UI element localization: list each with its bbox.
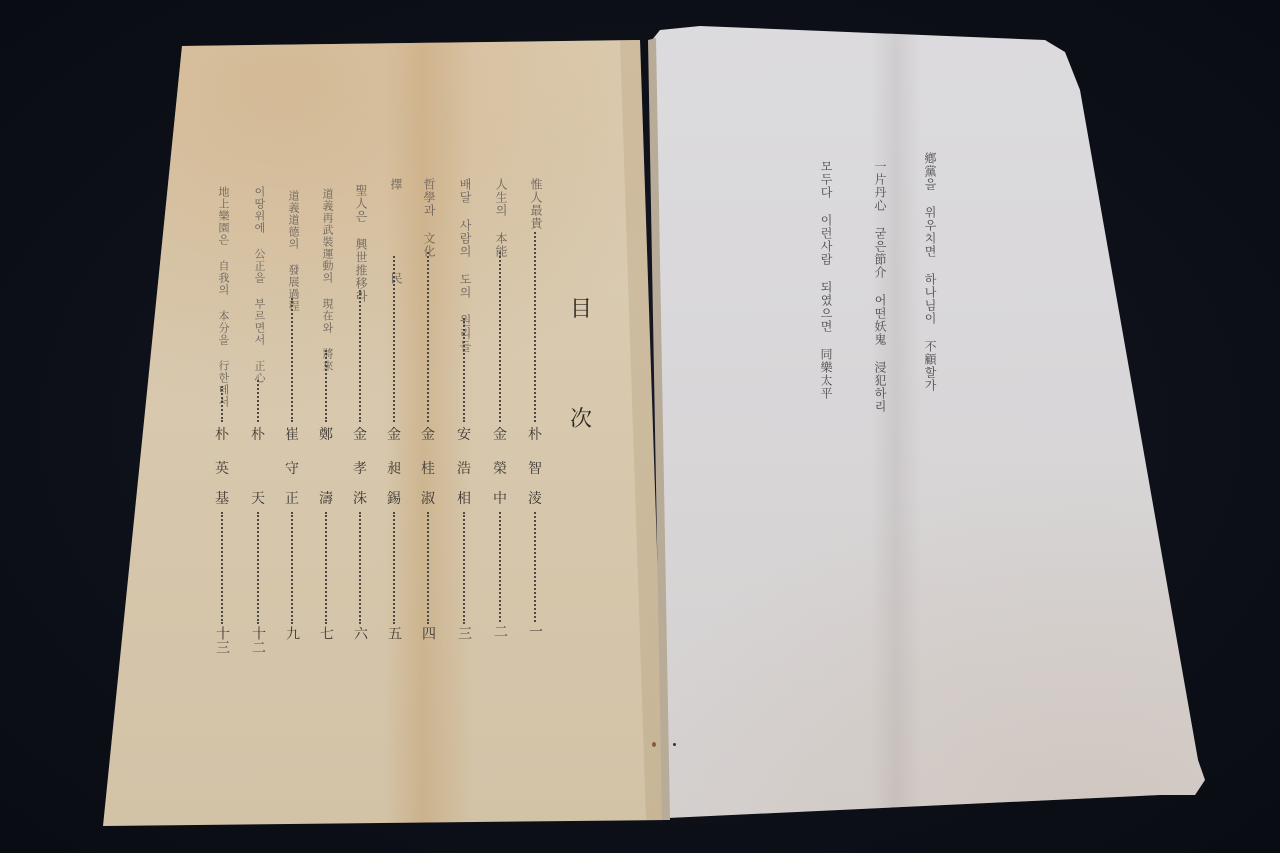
toc-entry-page: 九 — [282, 626, 302, 640]
leader-dots — [534, 232, 536, 422]
toc-entry-author-2: 桂 — [418, 458, 438, 478]
toc-entry-author-3: 中 — [490, 488, 510, 508]
leader-dots — [257, 380, 259, 422]
leader-dots — [359, 290, 361, 422]
toc-entry-title: 배달 사람의 도의 원리들 — [457, 178, 474, 353]
toc-entry-page: 十二 — [248, 626, 268, 654]
poem-line-3: 모두다 이런사람 되였으면 同樂太平 — [818, 160, 835, 400]
toc-entry-author-3: 洙 — [350, 488, 370, 508]
toc-entry[interactable]: 哲學과 文化 金 桂 淑 四 — [418, 0, 438, 853]
leader-dots — [393, 256, 395, 422]
leader-dots — [359, 512, 361, 624]
toc-entry-author-1: 朴 — [525, 424, 545, 444]
toc-entry-author-1: 金 — [490, 424, 510, 444]
toc-entry-author-2: 浩 — [454, 458, 474, 478]
toc-entry-author-1: 金 — [350, 424, 370, 444]
toc-entry[interactable]: 人生의 本能 金 榮 中 二 — [490, 0, 510, 853]
toc-entry-page: 十三 — [212, 626, 232, 654]
leader-dots — [499, 252, 501, 422]
paper-stain — [652, 742, 656, 747]
leader-dots — [221, 386, 223, 422]
toc-entry-author-1: 金 — [418, 424, 438, 444]
toc-entry[interactable]: 道義道德의 發展過程 崔 守 正 九 — [282, 0, 302, 853]
paper-stain — [673, 743, 676, 746]
toc-entry-author-3: 天 — [248, 488, 268, 508]
toc-entry-title: 人生의 本能 — [493, 178, 510, 258]
poem-line-1: 鄕黨을 위우치면 하나님이 不顧할가 — [922, 152, 939, 392]
poem-line-2: 一片丹心 굳은節介 어떤妖鬼 浸犯하리 — [872, 160, 889, 413]
leader-dots — [463, 318, 465, 422]
toc-entry-author-1: 鄭 — [316, 424, 336, 444]
toc-entry-page: 二 — [490, 624, 510, 638]
toc-entry-author-3: 基 — [212, 488, 232, 508]
toc-entry-author-2: 守 — [282, 458, 302, 478]
toc-entry-author-1: 崔 — [282, 424, 302, 444]
leader-dots — [325, 512, 327, 624]
toc-entry-author-2: 英 — [212, 458, 232, 478]
toc-entry-title: 道義再武裝運動의 現在와 將來 — [319, 188, 335, 372]
toc-heading-char-2: 次 — [570, 402, 592, 433]
leader-dots — [534, 512, 536, 622]
toc-entry-author-1: 朴 — [212, 424, 232, 444]
toc-heading-char-1: 目 — [570, 292, 592, 323]
toc-entry[interactable]: 道義再武裝運動의 現在와 將來 鄭 濤 七 — [316, 0, 336, 853]
toc-entry-page: 四 — [418, 626, 438, 640]
toc-entry-author-3: 正 — [282, 488, 302, 508]
toc-entry-author-2: 智 — [525, 458, 545, 478]
toc-entry-author-3: 淑 — [418, 488, 438, 508]
toc-entry[interactable]: 惟人最貴 朴 智 淩 一 — [525, 0, 545, 853]
toc-entry-title: 聖人은 興世推移라 — [353, 184, 370, 303]
toc-entry-author-1: 金 — [384, 424, 404, 444]
toc-entry-title: 道義道德의 發展過程 — [285, 190, 301, 312]
toc-entry[interactable]: 地上樂園은 自我의 本分을 行한데서 朴 英 基 十三 — [212, 0, 232, 853]
leader-dots — [325, 350, 327, 422]
leader-dots — [257, 512, 259, 624]
toc-entry[interactable]: 이땅위에 公正을 부르면서 正心 朴 天 十二 — [248, 0, 268, 853]
leader-dots — [427, 512, 429, 624]
toc-entry-title: 哲學과 文化 — [421, 178, 438, 258]
toc-entry-title: 惟人最貴 — [528, 178, 545, 230]
leader-dots — [291, 512, 293, 624]
leader-dots — [463, 512, 465, 624]
toc-entry-author-1: 朴 — [248, 424, 268, 444]
toc-entry-author-2: 榮 — [490, 458, 510, 478]
toc-entry-author-1: 安 — [454, 424, 474, 444]
toc-entry-page: 七 — [316, 626, 336, 640]
toc-entry-title: 擇 民 — [388, 178, 405, 318]
toc-entry-author-3: 錫 — [384, 488, 404, 508]
toc-entry-author-3: 淩 — [525, 488, 545, 508]
toc-entry-author-3: 相 — [454, 488, 474, 508]
leader-dots — [291, 298, 293, 422]
leader-dots — [221, 512, 223, 624]
toc-entry-author-2: 昶 — [384, 458, 404, 478]
toc-entry-page: 六 — [350, 626, 370, 640]
leader-dots — [427, 252, 429, 422]
toc-entry-page: 五 — [384, 626, 404, 640]
toc-entry-page: 三 — [454, 626, 474, 640]
toc-entry[interactable]: 擇 民 金 昶 錫 五 — [384, 0, 404, 853]
toc-entry-page: 一 — [525, 624, 545, 638]
leader-dots — [499, 512, 501, 622]
toc-entry-author-3: 濤 — [316, 488, 336, 508]
toc-entry[interactable]: 배달 사람의 도의 원리들 安 浩 相 三 — [454, 0, 474, 853]
toc-entry[interactable]: 聖人은 興世推移라 金 孝 洙 六 — [350, 0, 370, 853]
toc-entry-title: 이땅위에 公正을 부르면서 正心 — [251, 186, 267, 384]
toc-entry-title: 地上樂園은 自我의 本分을 行한데서 — [215, 186, 231, 408]
leader-dots — [393, 512, 395, 624]
toc-entry-author-2: 孝 — [350, 458, 370, 478]
